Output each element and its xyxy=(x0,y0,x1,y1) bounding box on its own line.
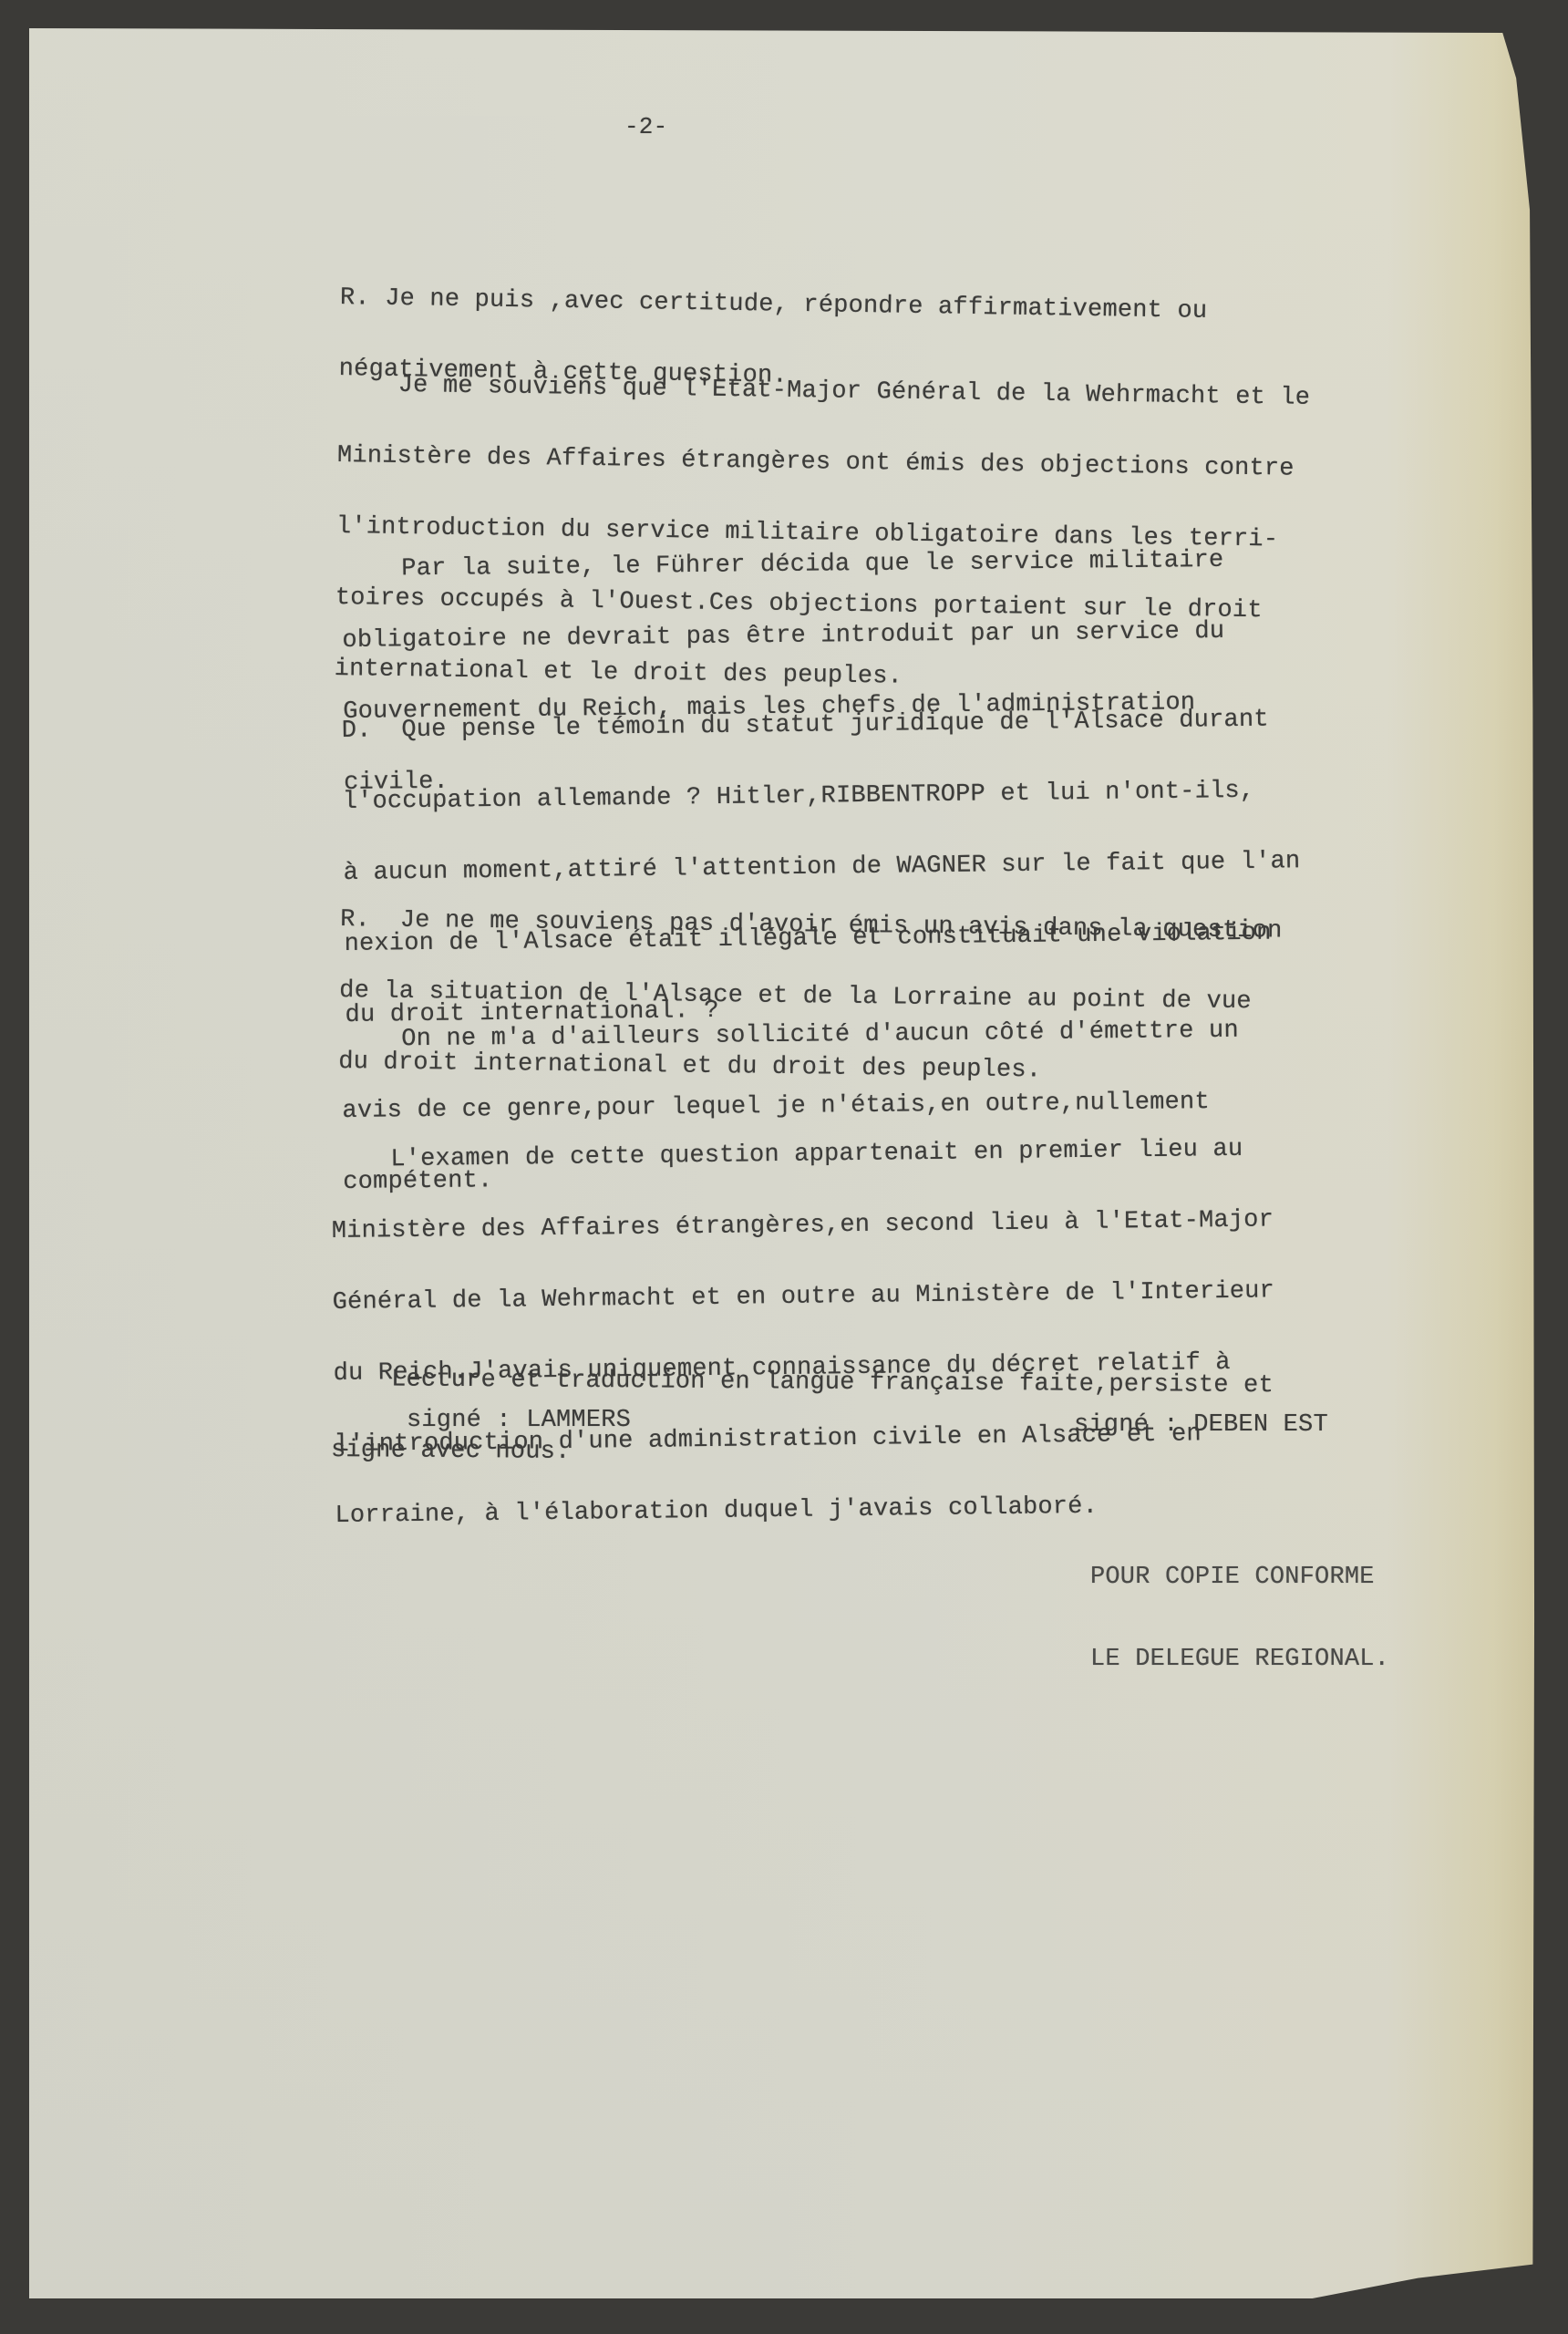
certification-line: LE DELEGUE REGIONAL. xyxy=(1090,1646,1389,1673)
text-line: L'examen de cette question appartenait e… xyxy=(331,1137,1274,1172)
page-number: -2- xyxy=(624,115,667,139)
text-line: On ne m'a d'ailleurs sollicité d'aucun c… xyxy=(342,1019,1239,1052)
text-line: l'occupation allemande ? Hitler,RIBBENTR… xyxy=(343,779,1300,814)
text-line: Général de la Wehrmacht et en outre au M… xyxy=(333,1279,1275,1315)
text-line: Lecture et traduction en langue français… xyxy=(331,1368,1274,1398)
text-line: Je me souviens que l'Etat-Major Général … xyxy=(338,373,1310,410)
signature-deben-est: signé : DEBEN EST xyxy=(1074,1413,1328,1437)
text-line: signe avec nous. xyxy=(331,1439,1274,1469)
text-line: Ministère des Affaires étrangères ont ém… xyxy=(337,444,1309,481)
text-line: D. Que pense le témoin du statut juridiq… xyxy=(342,707,1299,743)
text-line: R. Je ne puis ,avec certitude, répondre … xyxy=(340,286,1208,324)
certification-block: POUR COPIE CONFORME LE DELEGUE REGIONAL. xyxy=(1090,1509,1389,1700)
text-line: Par la suite, le Führer décida que le se… xyxy=(342,549,1224,582)
text-line: R. Je ne me souviens pas d'avoir émis un… xyxy=(340,908,1283,944)
text-line: obligatoire ne devrait pas être introdui… xyxy=(342,620,1224,653)
certification-line: POUR COPIE CONFORME xyxy=(1090,1564,1389,1591)
signature-lammers: signé : LAMMERS xyxy=(407,1409,631,1432)
text-line: Ministère des Affaires étrangères,en sec… xyxy=(332,1208,1274,1244)
